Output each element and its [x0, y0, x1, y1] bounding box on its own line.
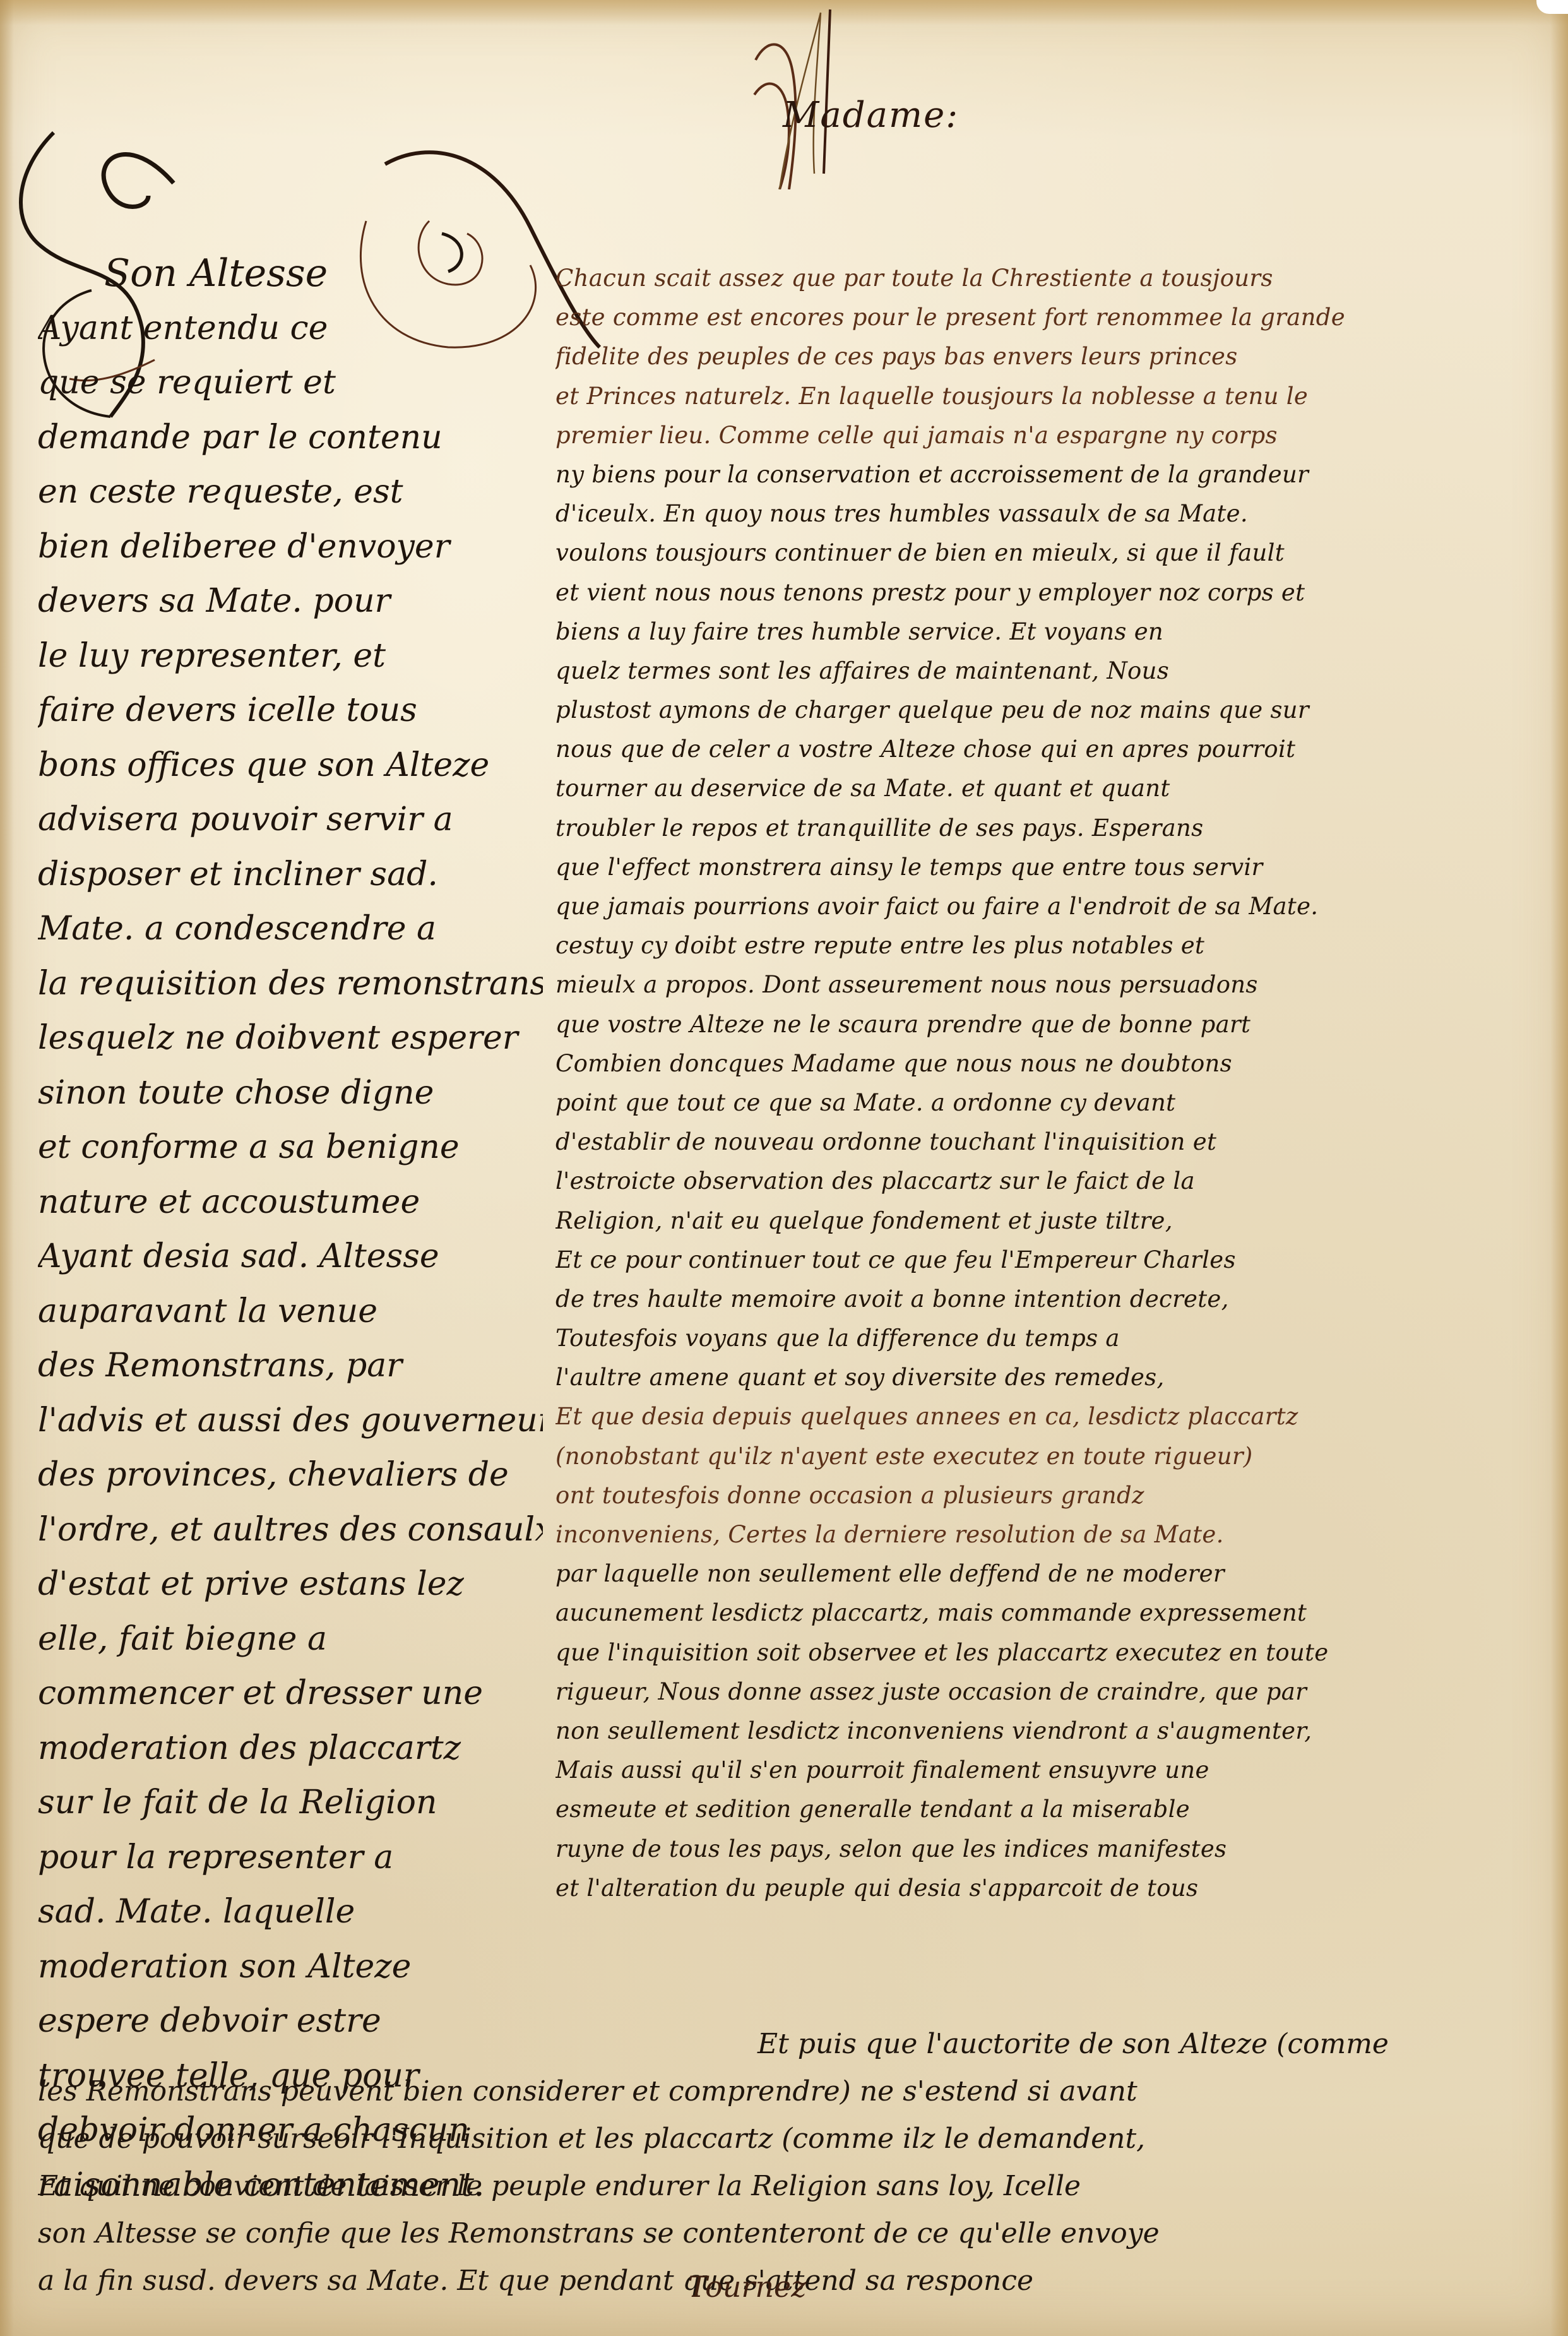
main-line: fidelite des peuples de ces pays bas env…: [555, 337, 1528, 376]
left-line: le luy representer, et: [38, 629, 543, 684]
left-line: elle, fait biegne a: [38, 1612, 543, 1667]
main-line: ont toutesfois donne occasion a plusieur…: [555, 1476, 1528, 1515]
main-line: et Princes naturelz. En laquelle tousjou…: [555, 377, 1528, 416]
left-line: sur le fait de la Religion: [38, 1775, 543, 1830]
left-line: faire devers icelle tous: [38, 683, 543, 738]
main-line: (nonobstant qu'ilz n'ayent este executez…: [555, 1437, 1528, 1476]
main-line: Combien doncques Madame que nous nous ne…: [555, 1044, 1528, 1083]
main-text-column: Chacun scait assez que par toute la Chre…: [555, 259, 1528, 1908]
closing-line: son Altesse se confie que les Remonstran…: [38, 2210, 1540, 2257]
main-line: par laquelle non seullement elle deffend…: [555, 1554, 1528, 1594]
left-line: et conforme a sa benigne: [38, 1120, 543, 1175]
main-line: aucunement lesdictz placcartz, mais comm…: [555, 1594, 1528, 1633]
main-line: mieulx a propos. Dont asseurement nous n…: [555, 965, 1528, 1004]
main-line: voulons tousjours continuer de bien en m…: [555, 533, 1528, 573]
main-line: ruyne de tous les pays, selon que les in…: [555, 1830, 1528, 1869]
left-line: pour la representer a: [38, 1830, 543, 1885]
main-line: plustost aymons de charger quelque peu d…: [555, 691, 1528, 730]
left-line: l'advis et aussi des gouverneurs: [38, 1393, 543, 1448]
left-line: bien deliberee d'envoyer: [38, 520, 543, 575]
main-line: nous que de celer a vostre Alteze chose …: [555, 730, 1528, 769]
main-line: que l'effect monstrera ainsy le temps qu…: [555, 848, 1528, 887]
left-line: bons offices que son Alteze: [38, 738, 543, 793]
main-line: que l'inquisition soit observee et les p…: [555, 1633, 1528, 1672]
manuscript-page: Madame: Son Altesse Ayant entendu ce que…: [0, 0, 1568, 2336]
salutation: Madame:: [783, 95, 959, 136]
main-line: Mais aussi qu'il s'en pourroit finalemen…: [555, 1751, 1528, 1790]
left-line: advisera pouvoir servir a: [38, 792, 543, 847]
left-line: en ceste requeste, est: [38, 465, 543, 520]
main-line: point que tout ce que sa Mate. a ordonne…: [555, 1083, 1528, 1123]
left-line: Mate. a condescendre a: [38, 902, 543, 956]
main-line: esmeute et sedition generalle tendant a …: [555, 1790, 1528, 1829]
left-line: sad. Mate. laquelle: [38, 1885, 543, 1940]
main-line: non seullement lesdictz inconveniens vie…: [555, 1712, 1528, 1751]
closing-paragraph: Et puis que l'auctorite de son Alteze (c…: [38, 2020, 1540, 2304]
closing-line: que de pouvoir surseoir l'Inquisition et…: [38, 2115, 1540, 2162]
main-line: inconveniens, Certes la derniere resolut…: [555, 1515, 1528, 1554]
left-line: lesquelz ne doibvent esperer: [38, 1011, 543, 1066]
main-line: troubler le repos et tranquillite de ses…: [555, 809, 1528, 848]
main-line: este comme est encores pour le present f…: [555, 298, 1528, 337]
main-line: premier lieu. Comme celle qui jamais n'a…: [555, 416, 1528, 455]
main-line: Religion, n'ait eu quelque fondement et …: [555, 1201, 1528, 1241]
left-line: Son Altesse: [38, 246, 543, 301]
right-edge-aging: [1550, 0, 1568, 2336]
left-line: que se requiert et: [38, 355, 543, 410]
left-margin-column: Son Altesse Ayant entendu ce que se requ…: [38, 246, 543, 2212]
closing-line: les Remonstrans peuvent bien considerer …: [38, 2068, 1540, 2115]
main-line: d'establir de nouveau ordonne touchant l…: [555, 1123, 1528, 1162]
left-line: Ayant desia sad. Altesse: [38, 1229, 543, 1284]
main-line: que vostre Alteze ne le scaura prendre q…: [555, 1005, 1528, 1044]
main-line: rigueur, Nous donne assez juste occasion…: [555, 1672, 1528, 1712]
left-line: commencer et dresser une: [38, 1666, 543, 1721]
main-line: tourner au deservice de sa Mate. et quan…: [555, 769, 1528, 808]
main-line: l'estroicte observation des placcartz su…: [555, 1162, 1528, 1201]
left-line: Ayant entendu ce: [38, 301, 543, 356]
left-line: moderation son Alteze: [38, 1940, 543, 1994]
main-line: de tres haulte memoire avoit a bonne int…: [555, 1280, 1528, 1319]
left-line: des provinces, chevaliers de: [38, 1448, 543, 1503]
left-line: d'estat et prive estans lez: [38, 1557, 543, 1612]
main-line: quelz termes sont les affaires de mainte…: [555, 652, 1528, 691]
main-line: Et ce pour continuer tout ce que feu l'E…: [555, 1241, 1528, 1280]
main-line: Toutesfois voyans que la difference du t…: [555, 1319, 1528, 1358]
main-line: l'aultre amene quant et soy diversite de…: [555, 1358, 1528, 1397]
left-line: nature et accoustumee: [38, 1175, 543, 1230]
closing-line: Et quil ne convient de laisser le peuple…: [38, 2162, 1540, 2210]
main-line: biens a luy faire tres humble service. E…: [555, 612, 1528, 652]
main-line: d'iceulx. En quoy nous tres humbles vass…: [555, 494, 1528, 533]
left-line: la requisition des remonstrans: [38, 956, 543, 1011]
left-line: demande par le contenu: [38, 410, 543, 465]
main-line: et l'alteration du peuple qui desia s'ap…: [555, 1869, 1528, 1908]
main-line: cestuy cy doibt estre repute entre les p…: [555, 926, 1528, 965]
left-line: auparavant la venue: [38, 1284, 543, 1339]
left-line: sinon toute chose digne: [38, 1066, 543, 1121]
left-line: disposer et incliner sad.: [38, 847, 543, 902]
main-line: Chacun scait assez que par toute la Chre…: [555, 259, 1528, 298]
main-line: ny biens pour la conservation et accrois…: [555, 455, 1528, 494]
left-line: devers sa Mate. pour: [38, 574, 543, 629]
closing-line: Et puis que l'auctorite de son Alteze (c…: [38, 2020, 1540, 2068]
left-line: des Remonstrans, par: [38, 1338, 543, 1393]
main-line: que jamais pourrions avoir faict ou fair…: [555, 887, 1528, 926]
main-line: Et que desia depuis quelques annees en c…: [555, 1397, 1528, 1436]
main-line: et vient nous nous tenons prestz pour y …: [555, 573, 1528, 612]
left-line: moderation des placcartz: [38, 1721, 543, 1776]
left-line: l'ordre, et aultres des consaulx: [38, 1503, 543, 1558]
place-signature: Tournez: [688, 2270, 807, 2304]
